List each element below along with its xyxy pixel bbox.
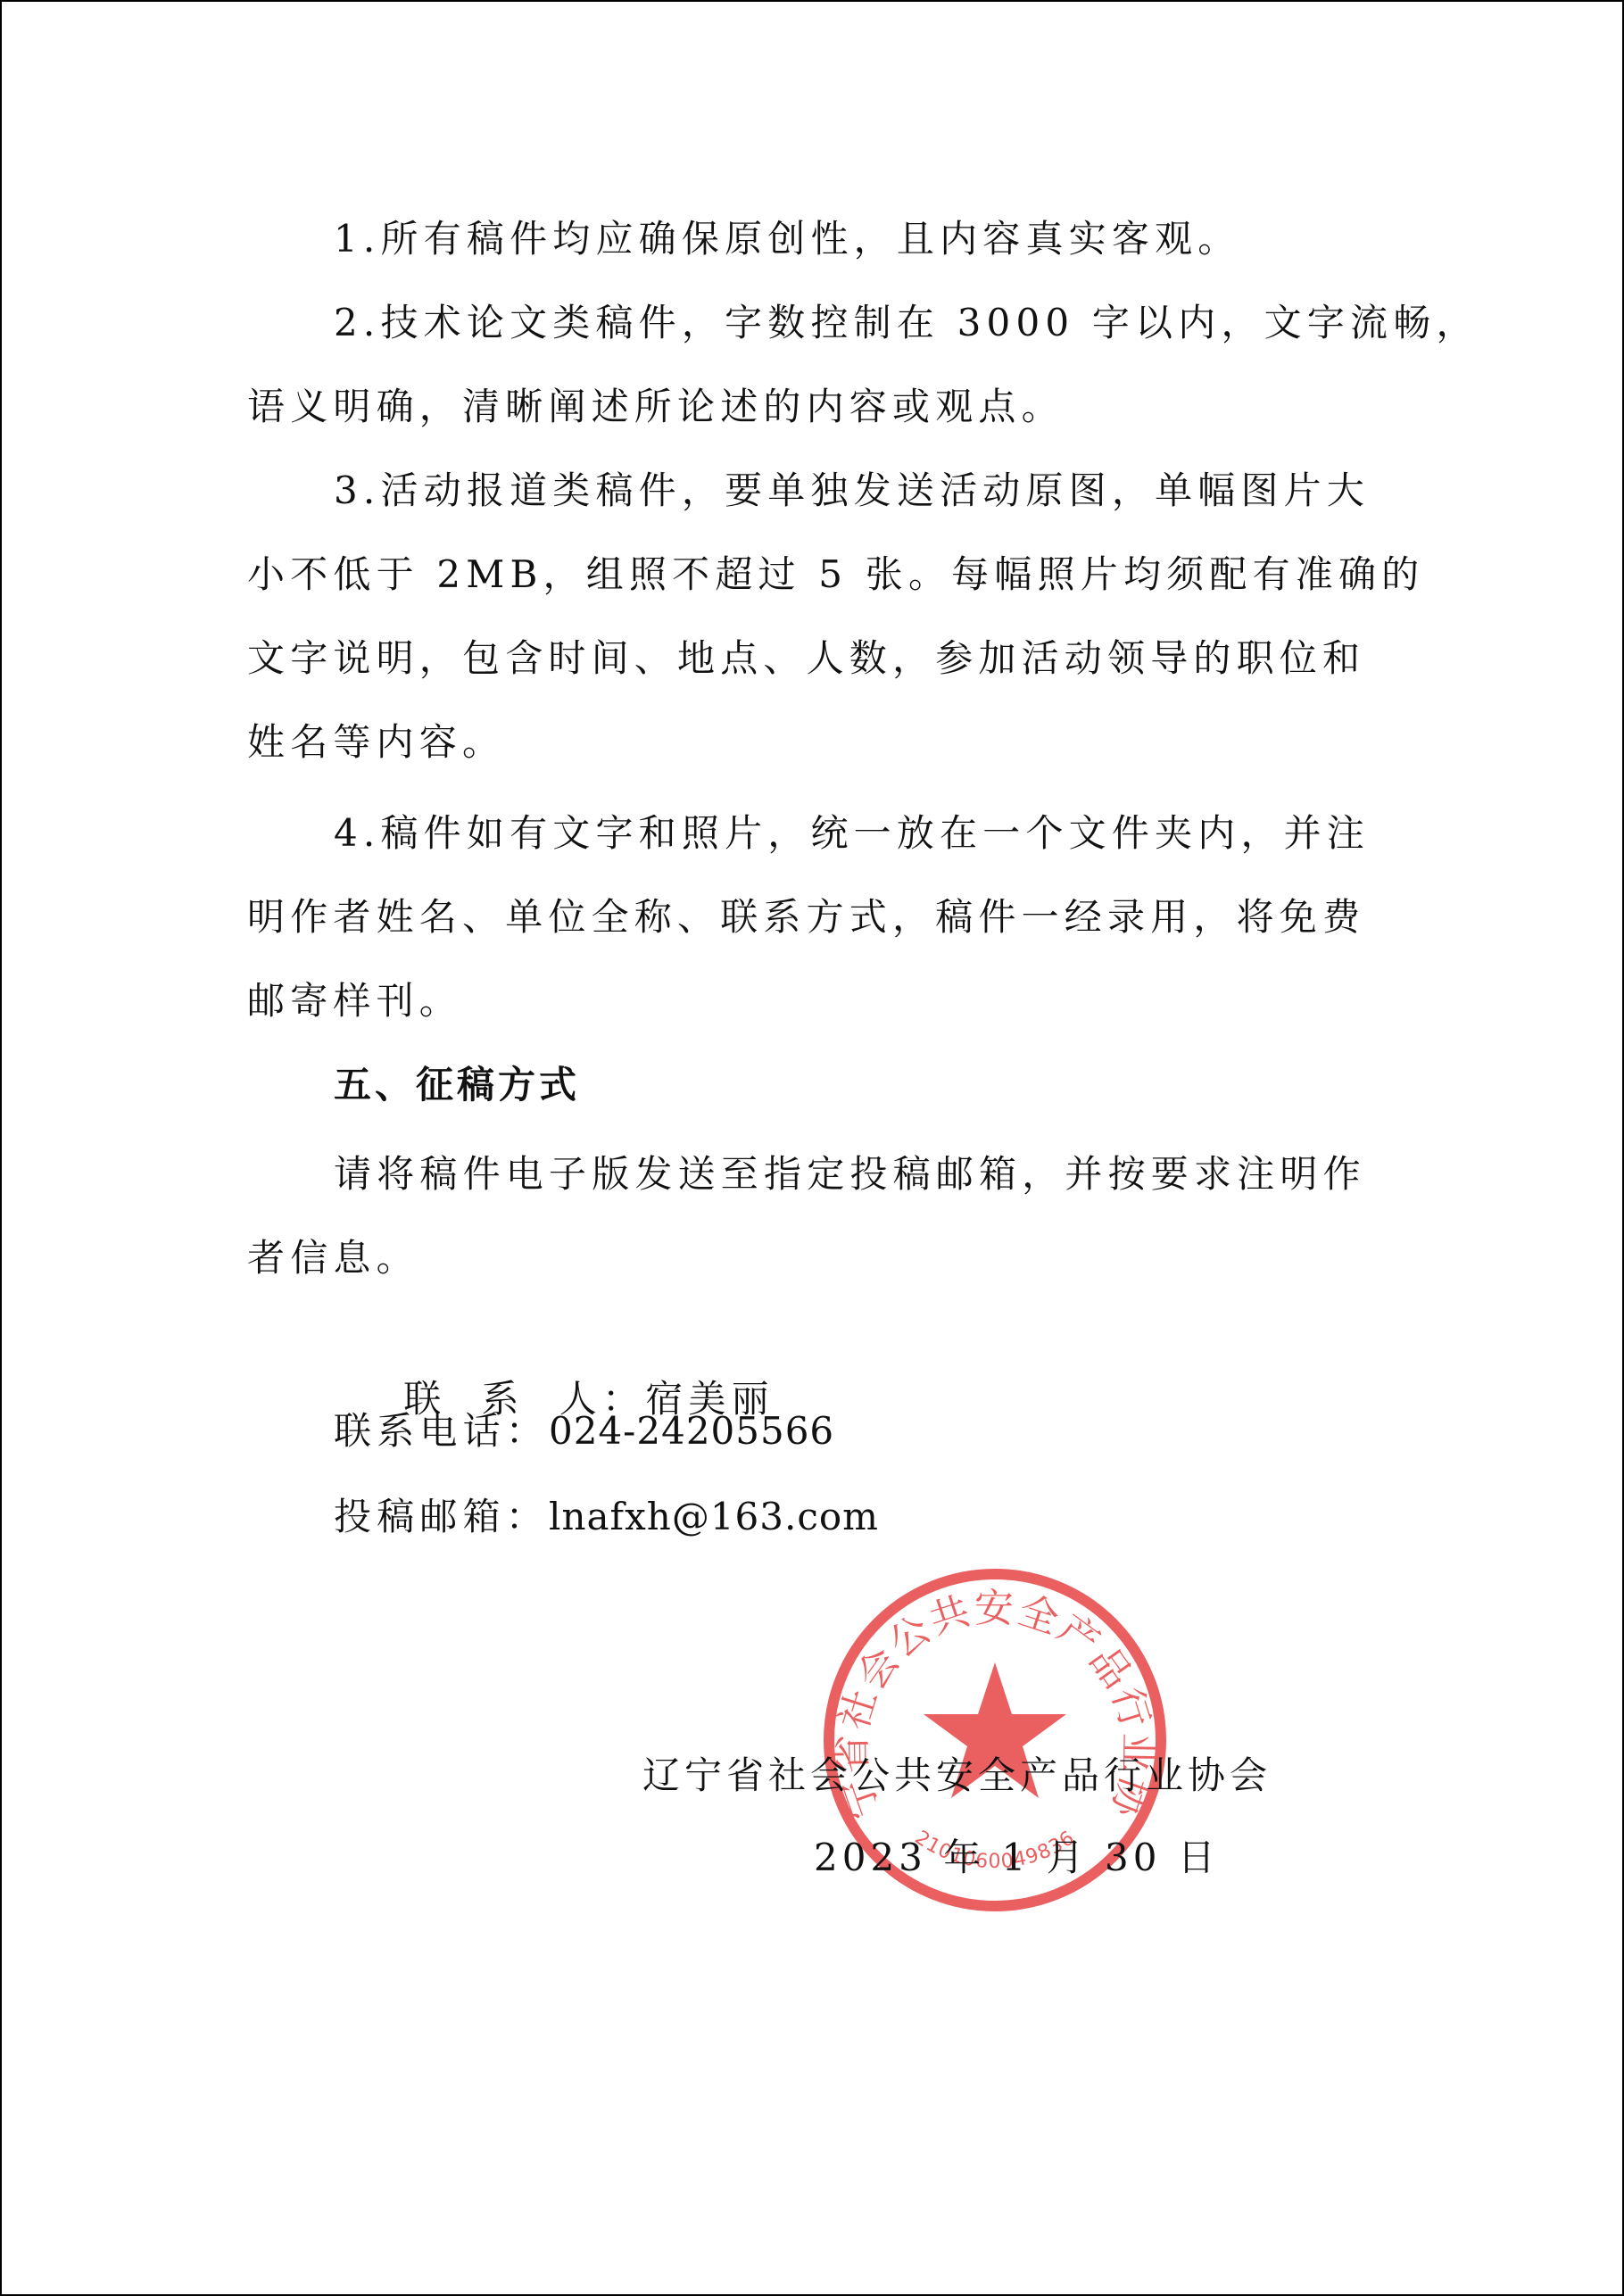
signature-organization: 辽宁省社会公共安全产品行业协会 <box>642 1749 1272 1803</box>
contact-email-label: 投稿邮箱： <box>334 1495 549 1538</box>
item-3-line-1: 3.活动报道类稿件，要单独发送活动原图，单幅图片大 <box>334 464 1370 518</box>
contact-phone-label: 联系电话： <box>334 1409 549 1453</box>
section-body-line-2: 者信息。 <box>247 1231 419 1285</box>
item-4-line-3: 邮寄样刊。 <box>247 974 462 1028</box>
item-3-line-2: 小不低于 2MB，组照不超过 5 张。每幅照片均须配有准确的 <box>247 548 1424 601</box>
section-heading: 五、征稿方式 <box>334 1058 580 1112</box>
item-4-line-1: 4.稿件如有文字和照片，统一放在一个文件夹内，并注 <box>334 807 1370 860</box>
contact-email: 投稿邮箱：lnafxh@163.com <box>334 1490 879 1544</box>
item-2-line-1: 2.技术论文类稿件，字数控制在 3000 字以内，文字流畅， <box>334 296 1479 350</box>
signature-date: 2023 年 1 月 30 日 <box>814 1831 1220 1885</box>
contact-phone: 联系电话：024-24205566 <box>334 1405 834 1458</box>
document-page: 1.所有稿件均应确保原创性，且内容真实客观。 2.技术论文类稿件，字数控制在 3… <box>0 0 1624 2296</box>
item-2-line-2: 语义明确，清晰阐述所论述的内容或观点。 <box>247 380 1065 434</box>
contact-phone-value: 024-24205566 <box>549 1409 834 1453</box>
contact-email-value[interactable]: lnafxh@163.com <box>549 1495 879 1538</box>
item-3-line-4: 姓名等内容。 <box>247 716 505 769</box>
item-1-line-1: 1.所有稿件均应确保原创性，且内容真实客观。 <box>334 212 1240 266</box>
item-3-line-3: 文字说明，包含时间、地点、人数，参加活动领导的职位和 <box>247 632 1365 685</box>
item-4-line-2: 明作者姓名、单位全称、联系方式，稿件一经录用，将免费 <box>247 891 1365 944</box>
section-body-line-1: 请将稿件电子版发送至指定投稿邮箱，并按要求注明作 <box>334 1148 1366 1201</box>
